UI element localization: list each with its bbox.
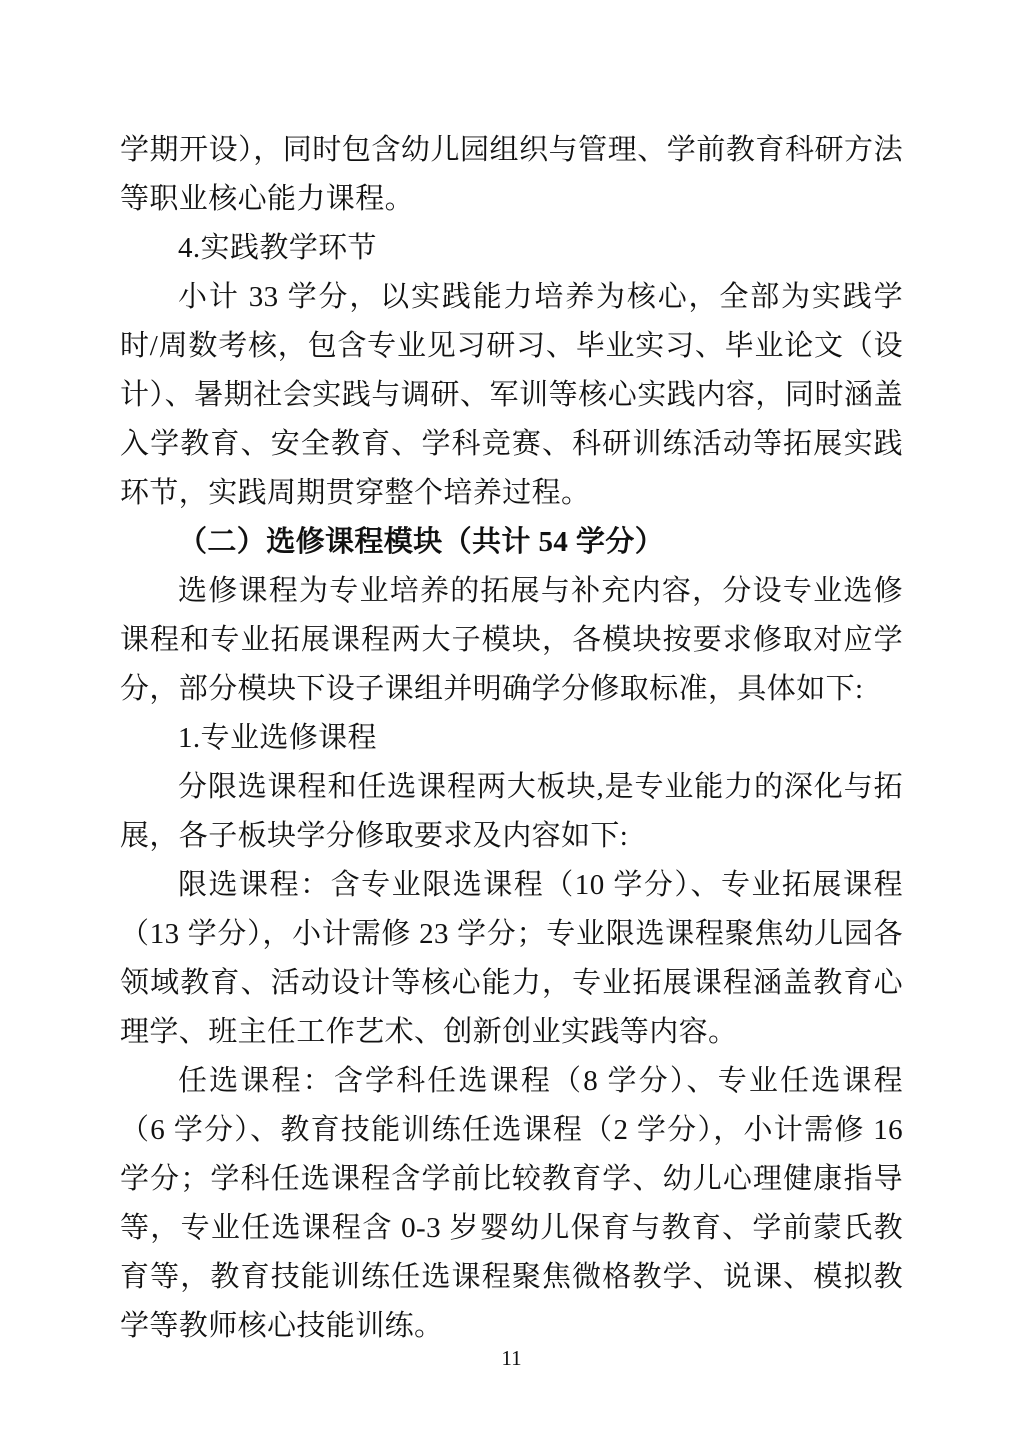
paragraph: 4.实践教学环节 bbox=[120, 224, 903, 273]
paragraph: 学期开设），同时包含幼儿园组织与管理、学前教育科研方法等职业核心能力课程。 bbox=[120, 126, 903, 224]
section-heading: （二）选修课程模块（共计 54 学分） bbox=[120, 518, 903, 567]
page-number: 11 bbox=[501, 1346, 521, 1370]
paragraph: 分限选课程和任选课程两大板块,是专业能力的深化与拓展，各子板块学分修取要求及内容… bbox=[120, 763, 903, 861]
paragraph: 限选课程：含专业限选课程（10 学分）、专业拓展课程（13 学分），小计需修 2… bbox=[120, 861, 903, 1057]
paragraph: 任选课程：含学科任选课程（8 学分）、专业任选课程（6 学分）、教育技能训练任选… bbox=[120, 1057, 903, 1351]
paragraph: 选修课程为专业培养的拓展与补充内容，分设专业选修课程和专业拓展课程两大子模块，各… bbox=[120, 567, 903, 714]
paragraph: 小计 33 学分，以实践能力培养为核心，全部为实践学时/周数考核，包含专业见习研… bbox=[120, 273, 903, 518]
document-page: 学期开设），同时包含幼儿园组织与管理、学前教育科研方法等职业核心能力课程。4.实… bbox=[0, 0, 1023, 1447]
page-footer: 11 bbox=[0, 1346, 1023, 1371]
page-body-text: 学期开设），同时包含幼儿园组织与管理、学前教育科研方法等职业核心能力课程。4.实… bbox=[120, 126, 903, 1351]
paragraph: 1.专业选修课程 bbox=[120, 714, 903, 763]
